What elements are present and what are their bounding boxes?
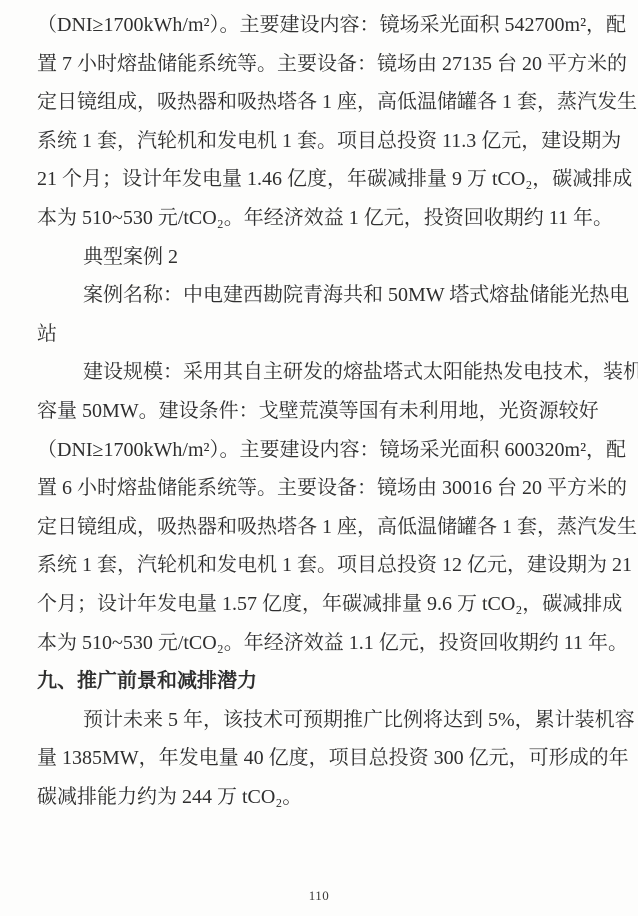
text-line: 量 1385MW，年发电量 40 亿度，项目总投资 300 亿元，可形成的年: [37, 739, 612, 778]
document-body: （DNI≥1700kWh/m²）。主要建设内容：镜场采光面积 542700m²，…: [37, 6, 612, 816]
section-heading: 九、推广前景和减排潜力: [37, 662, 612, 701]
document-page: （DNI≥1700kWh/m²）。主要建设内容：镜场采光面积 542700m²，…: [0, 0, 638, 916]
text-line: 典型案例 2: [37, 238, 612, 277]
text-line: 置 6 小时熔盐储能系统等。主要设备：镜场由 30016 台 20 平方米的: [37, 469, 612, 508]
text-line: 置 7 小时熔盐储能系统等。主要设备：镜场由 27135 台 20 平方米的: [37, 45, 612, 84]
text-line: 本为 510~530 元/tCO₂。年经济效益 1 亿元，投资回收期约 11 年…: [37, 199, 612, 238]
text-line: （DNI≥1700kWh/m²）。主要建设内容：镜场采光面积 542700m²，…: [37, 6, 612, 45]
text-line: 系统 1 套，汽轮机和发电机 1 套。项目总投资 12 亿元，建设期为 21: [37, 546, 612, 585]
text-line: 建设规模：采用其自主研发的熔盐塔式太阳能热发电技术，装机: [37, 353, 612, 392]
text-line: 本为 510~530 元/tCO₂。年经济效益 1.1 亿元，投资回收期约 11…: [37, 624, 612, 663]
text-line: 定日镜组成，吸热器和吸热塔各 1 座，高低温储罐各 1 套，蒸汽发生: [37, 508, 612, 547]
text-line: 系统 1 套，汽轮机和发电机 1 套。项目总投资 11.3 亿元，建设期为: [37, 122, 612, 161]
text-line: 预计未来 5 年，该技术可预期推广比例将达到 5%，累计装机容: [37, 701, 612, 740]
page-number: 110: [0, 888, 638, 904]
text-line: 站: [37, 315, 612, 354]
text-line: 定日镜组成，吸热器和吸热塔各 1 座，高低温储罐各 1 套，蒸汽发生: [37, 83, 612, 122]
text-line: 21 个月；设计年发电量 1.46 亿度，年碳减排量 9 万 tCO₂，碳减排成: [37, 160, 612, 199]
text-line: （DNI≥1700kWh/m²）。主要建设内容：镜场采光面积 600320m²，…: [37, 431, 612, 470]
text-line: 案例名称：中电建西勘院青海共和 50MW 塔式熔盐储能光热电: [37, 276, 612, 315]
text-line: 个月；设计年发电量 1.57 亿度，年碳减排量 9.6 万 tCO₂，碳减排成: [37, 585, 612, 624]
text-line: 容量 50MW。建设条件：戈壁荒漠等国有未利用地，光资源较好: [37, 392, 612, 431]
text-line: 碳减排能力约为 244 万 tCO₂。: [37, 778, 612, 817]
